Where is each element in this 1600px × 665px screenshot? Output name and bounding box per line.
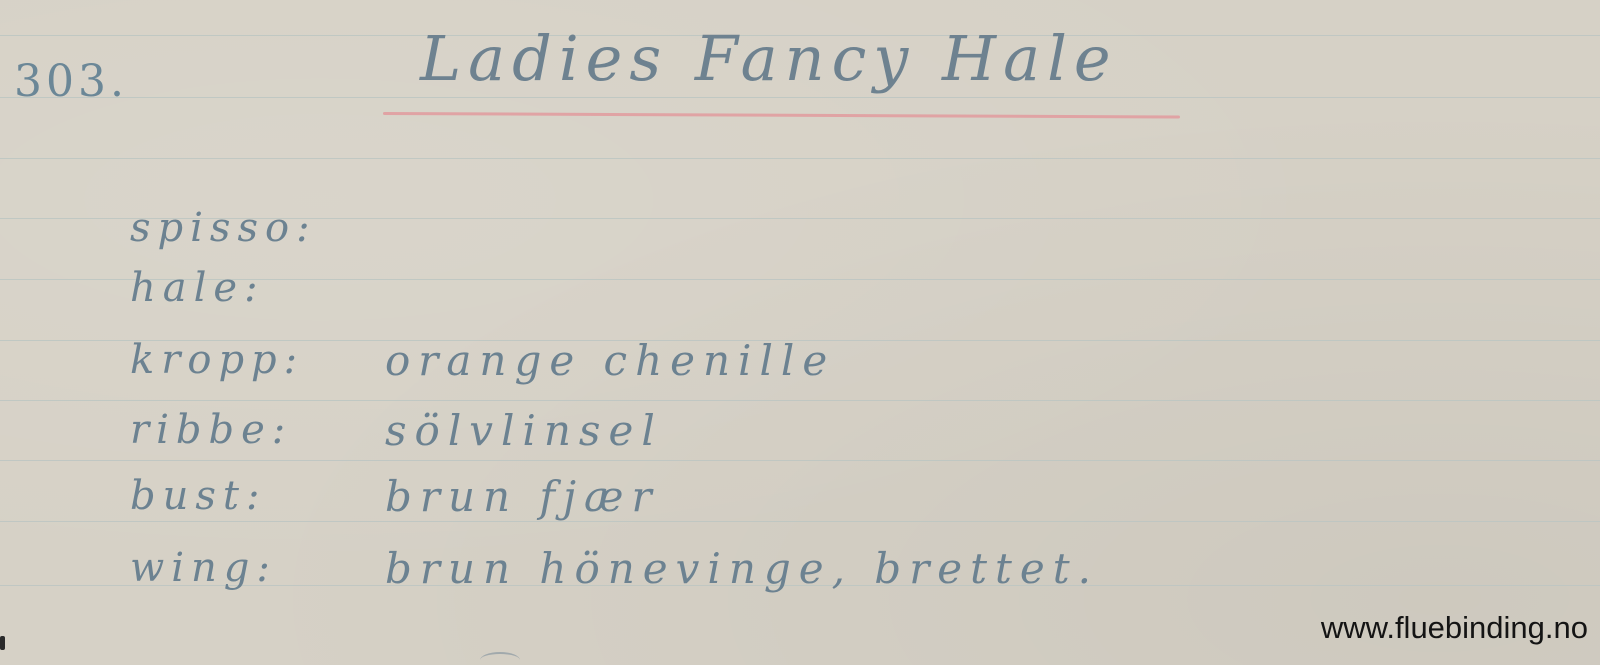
- ruled-line: [0, 400, 1600, 401]
- field-value-ribbe: sölvlinsel: [385, 410, 663, 452]
- ruled-line: [0, 460, 1600, 461]
- entry-number: 303.: [14, 60, 128, 104]
- ruled-line: [0, 521, 1600, 522]
- page-edge-mark: [0, 636, 5, 650]
- field-label-ribbe: ribbe:: [130, 410, 292, 450]
- pattern-title: Ladies Fancy Hale: [420, 28, 1118, 90]
- field-value-wing: brun hönevinge, brettet.: [385, 548, 1099, 590]
- field-label-spisso: spisso:: [130, 208, 317, 248]
- ruled-line: [0, 97, 1600, 98]
- field-label-bust: bust:: [130, 476, 266, 516]
- field-label-wing: wing:: [130, 548, 277, 588]
- ruled-line: [0, 158, 1600, 159]
- cut-off-handwriting: [480, 652, 520, 665]
- field-label-hale: hale:: [130, 268, 265, 308]
- ledger-page: 303. Ladies Fancy Hale spisso: hale: kro…: [0, 0, 1600, 665]
- field-value-kropp: orange chenille: [385, 340, 835, 382]
- website-watermark: www.fluebinding.no: [1321, 610, 1588, 646]
- field-label-kropp: kropp:: [130, 340, 304, 380]
- field-value-bust: brun fjær: [385, 476, 660, 518]
- title-underline: [383, 112, 1180, 118]
